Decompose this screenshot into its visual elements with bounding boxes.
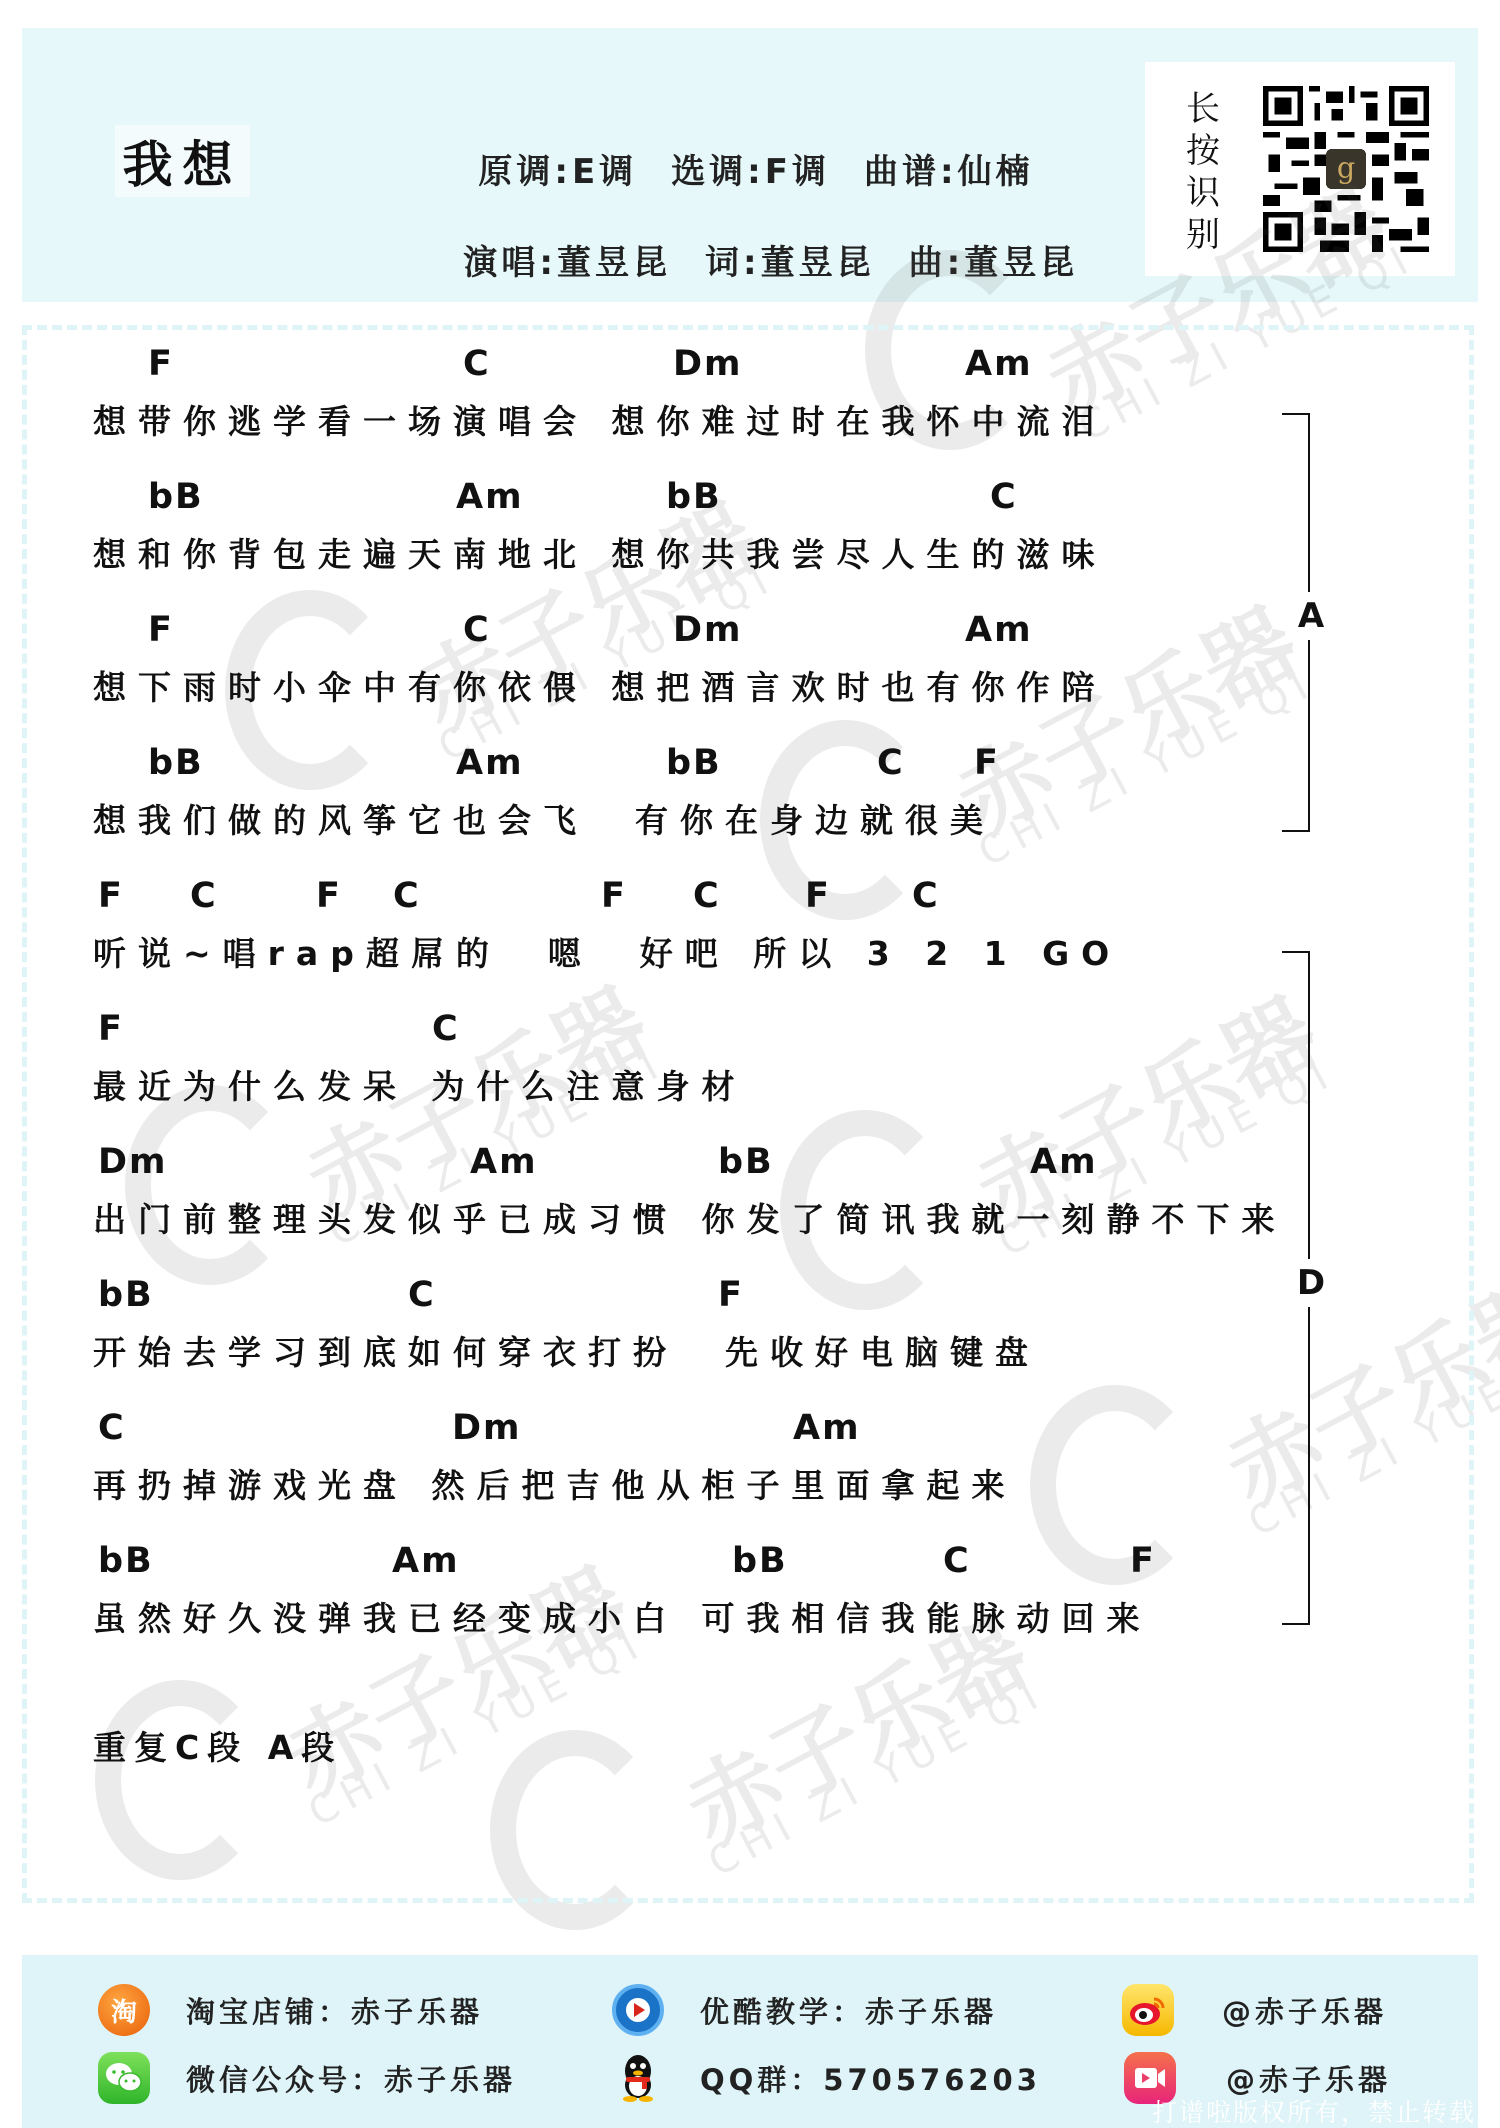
lyric-line: 听说~唱rap超屌的 嗯 好吧 所以 3 2 1 GO	[93, 928, 1121, 975]
chord: bB	[666, 477, 722, 517]
lyricist: 词:董昱昆	[705, 243, 875, 283]
chord: C	[463, 610, 491, 650]
composer: 曲:董昱昆	[909, 243, 1079, 283]
youku-link[interactable]: 优酷教学：赤子乐器	[612, 1984, 997, 2036]
chord: C	[463, 344, 491, 384]
youku-play-icon	[612, 1984, 664, 2036]
chord: bB	[148, 477, 204, 517]
wechat-link[interactable]: 微信公众号：赤子乐器	[98, 2052, 516, 2104]
original-key: 原调:E调	[478, 152, 637, 192]
chord: bB	[718, 1142, 774, 1182]
chord: bB	[732, 1541, 788, 1581]
qr-panel: 长按识别 g	[1145, 62, 1455, 276]
wechat-icon	[98, 2052, 150, 2104]
chord: F	[974, 743, 1000, 783]
qq-group-link[interactable]: QQ群：570576203	[612, 2052, 1041, 2104]
selected-key: 选调:F调	[671, 152, 830, 192]
chord: F	[316, 876, 342, 916]
chord: Am	[1030, 1142, 1098, 1182]
lyric-line: 出门前整理头发似乎已成习惯 你发了简讯我就一刻静不下来	[93, 1194, 1287, 1241]
section-label-a: A	[1296, 592, 1326, 640]
weibo-label: @赤子乐器	[1222, 1990, 1387, 2031]
chord: F	[148, 344, 174, 384]
chord: bB	[148, 743, 204, 783]
singer: 演唱:董昱昆	[463, 243, 671, 283]
weibo-link[interactable]: @赤子乐器	[1122, 1984, 1387, 2036]
chord: F	[718, 1275, 744, 1315]
chord: Am	[470, 1142, 538, 1182]
copyright-notice: 打谱啦版权所有，禁止转载	[1152, 2093, 1476, 2128]
lyric-line: 再扔掉游戏光盘 然后把吉他从柜子里面拿起来	[93, 1460, 1017, 1507]
chord: F	[98, 1009, 124, 1049]
chord: C	[393, 876, 421, 916]
chord: F	[148, 610, 174, 650]
chord: C	[190, 876, 218, 916]
repeat-note: 重复C段 A段	[93, 1722, 342, 1769]
chord: bB	[666, 743, 722, 783]
chord: bB	[98, 1541, 154, 1581]
youku-label: 优酷教学：赤子乐器	[700, 1990, 997, 2031]
weibo-icon	[1122, 1984, 1174, 2036]
chord: C	[912, 876, 940, 916]
chord: Am	[456, 477, 524, 517]
qr-label: 长按识别	[1183, 88, 1223, 256]
chord: bB	[98, 1275, 154, 1315]
chord: Am	[456, 743, 524, 783]
section-label-d: D	[1296, 1259, 1326, 1307]
chord: C	[432, 1009, 460, 1049]
chord: Dm	[98, 1142, 168, 1182]
lyric-line: 想我们做的风筝它也会飞 有你在身边就很美	[93, 795, 995, 842]
chord: Dm	[673, 610, 743, 650]
chord: Am	[392, 1541, 460, 1581]
chord: Dm	[673, 344, 743, 384]
chord: C	[408, 1275, 436, 1315]
taobao-label: 淘宝店铺：赤子乐器	[186, 1990, 483, 2031]
transcriber: 曲谱:仙楠	[864, 152, 1034, 192]
lyric-line: 虽然好久没弹我已经变成小白 可我相信我能脉动回来	[93, 1593, 1152, 1640]
qq-penguin-icon	[612, 2052, 664, 2104]
chord: F	[601, 876, 627, 916]
qr-code-icon[interactable]: g	[1263, 86, 1429, 252]
chord: C	[877, 743, 905, 783]
taobao-icon: 淘	[98, 1984, 150, 2036]
chord: C	[98, 1408, 126, 1448]
taobao-link[interactable]: 淘 淘宝店铺：赤子乐器	[98, 1984, 483, 2036]
wechat-label: 微信公众号：赤子乐器	[186, 2058, 516, 2099]
credits-line: 演唱:董昱昆词:董昱昆曲:董昱昆	[400, 195, 1078, 324]
lyric-line: 开始去学习到底如何穿衣打扮 先收好电脑键盘	[93, 1327, 1040, 1374]
chord: C	[990, 477, 1018, 517]
chord: C	[943, 1541, 971, 1581]
song-header: 我想 原调:E调选调:F调曲谱:仙楠 演唱:董昱昆词:董昱昆曲:董昱昆 长按识别…	[22, 28, 1478, 302]
chord: C	[693, 876, 721, 916]
lyric-line: 最近为什么发呆 为什么注意身材	[93, 1061, 747, 1108]
qq-group-label: QQ群：570576203	[700, 2058, 1041, 2099]
svg-text:g: g	[1337, 151, 1355, 185]
chord: Dm	[452, 1408, 522, 1448]
lyric-line: 想和你背包走遍天南地北 想你共我尝尽人生的滋味	[93, 529, 1107, 576]
lyric-line: 想带你逃学看一场演唱会 想你难过时在我怀中流泪	[93, 396, 1107, 443]
chord: F	[1130, 1541, 1156, 1581]
chord: Am	[793, 1408, 861, 1448]
chord: F	[98, 876, 124, 916]
chord: Am	[965, 610, 1033, 650]
chord: F	[805, 876, 831, 916]
lyric-line: 想下雨时小伞中有你依偎 想把酒言欢时也有你作陪	[93, 662, 1107, 709]
song-title: 我想	[115, 125, 250, 197]
chord: Am	[965, 344, 1033, 384]
